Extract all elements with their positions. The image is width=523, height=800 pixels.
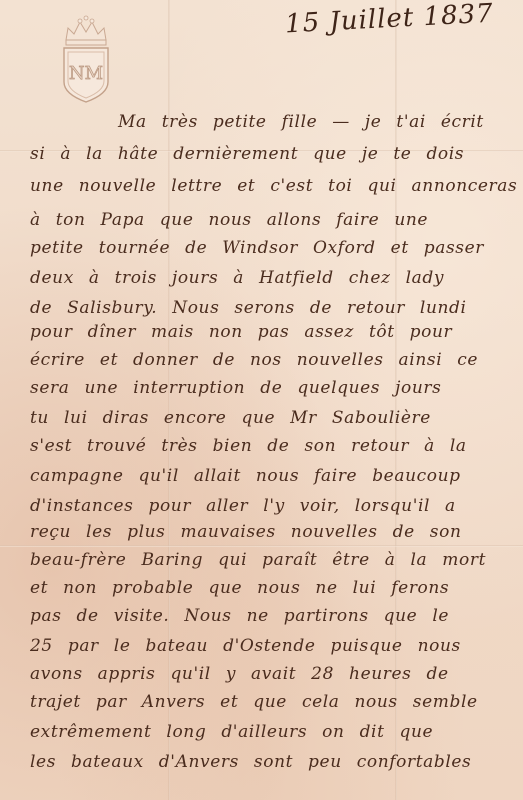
handwritten-line: pour dîner mais non pas assez tôt pour	[30, 322, 452, 342]
handwritten-line: campagne qu'il allait nous faire beaucou…	[30, 466, 461, 486]
embossed-crest: NM	[58, 12, 114, 104]
handwritten-line: 25 par le bateau d'Ostende puisque nous	[30, 636, 461, 656]
handwritten-line: tu lui diras encore que Mr Saboulière	[30, 408, 431, 428]
handwritten-line: d'instances pour aller l'y voir, lorsqu'…	[30, 496, 456, 516]
handwritten-line: beau-frère Baring qui paraît être à la m…	[30, 550, 486, 570]
handwritten-line: une nouvelle lettre et c'est toi qui ann…	[30, 176, 500, 196]
handwritten-line: les bateaux d'Anvers sont peu confortabl…	[30, 752, 471, 772]
handwritten-line: extrêmement long d'ailleurs on dit que	[30, 722, 433, 742]
letter-page: NM 15 Juillet 1837 Ma très petite fille …	[0, 0, 523, 800]
handwritten-line: sera une interruption de quelques jours	[30, 378, 441, 398]
letter-date: 15 Juillet 1837	[284, 0, 494, 39]
handwritten-line: pas de visite. Nous ne partirons que le	[30, 606, 449, 626]
handwritten-line: et non probable que nous ne lui ferons	[30, 578, 449, 598]
handwritten-line: si à la hâte dernièrement que je te dois	[30, 144, 464, 164]
handwritten-line: écrire et donner de nos nouvelles ainsi …	[30, 350, 478, 370]
handwritten-line: avons appris qu'il y avait 28 heures de	[30, 664, 449, 684]
monogram-text: NM	[69, 63, 103, 84]
handwritten-line: à ton Papa que nous allons faire une	[30, 210, 428, 230]
handwritten-line: deux à trois jours à Hatfield chez lady	[30, 268, 444, 288]
handwritten-line: Ma très petite fille — je t'ai écrit	[118, 112, 484, 132]
handwritten-line: reçu les plus mauvaises nouvelles de son	[30, 522, 462, 542]
handwritten-line: s'est trouvé très bien de son retour à l…	[30, 436, 467, 456]
handwritten-line: de Salisbury. Nous serons de retour lund…	[30, 298, 467, 318]
fold-crease	[0, 545, 523, 547]
handwritten-line: petite tournée de Windsor Oxford et pass…	[30, 238, 484, 258]
crown-shield-icon: NM	[58, 12, 114, 104]
handwritten-line: trajet par Anvers et que cela nous sembl…	[30, 692, 478, 712]
